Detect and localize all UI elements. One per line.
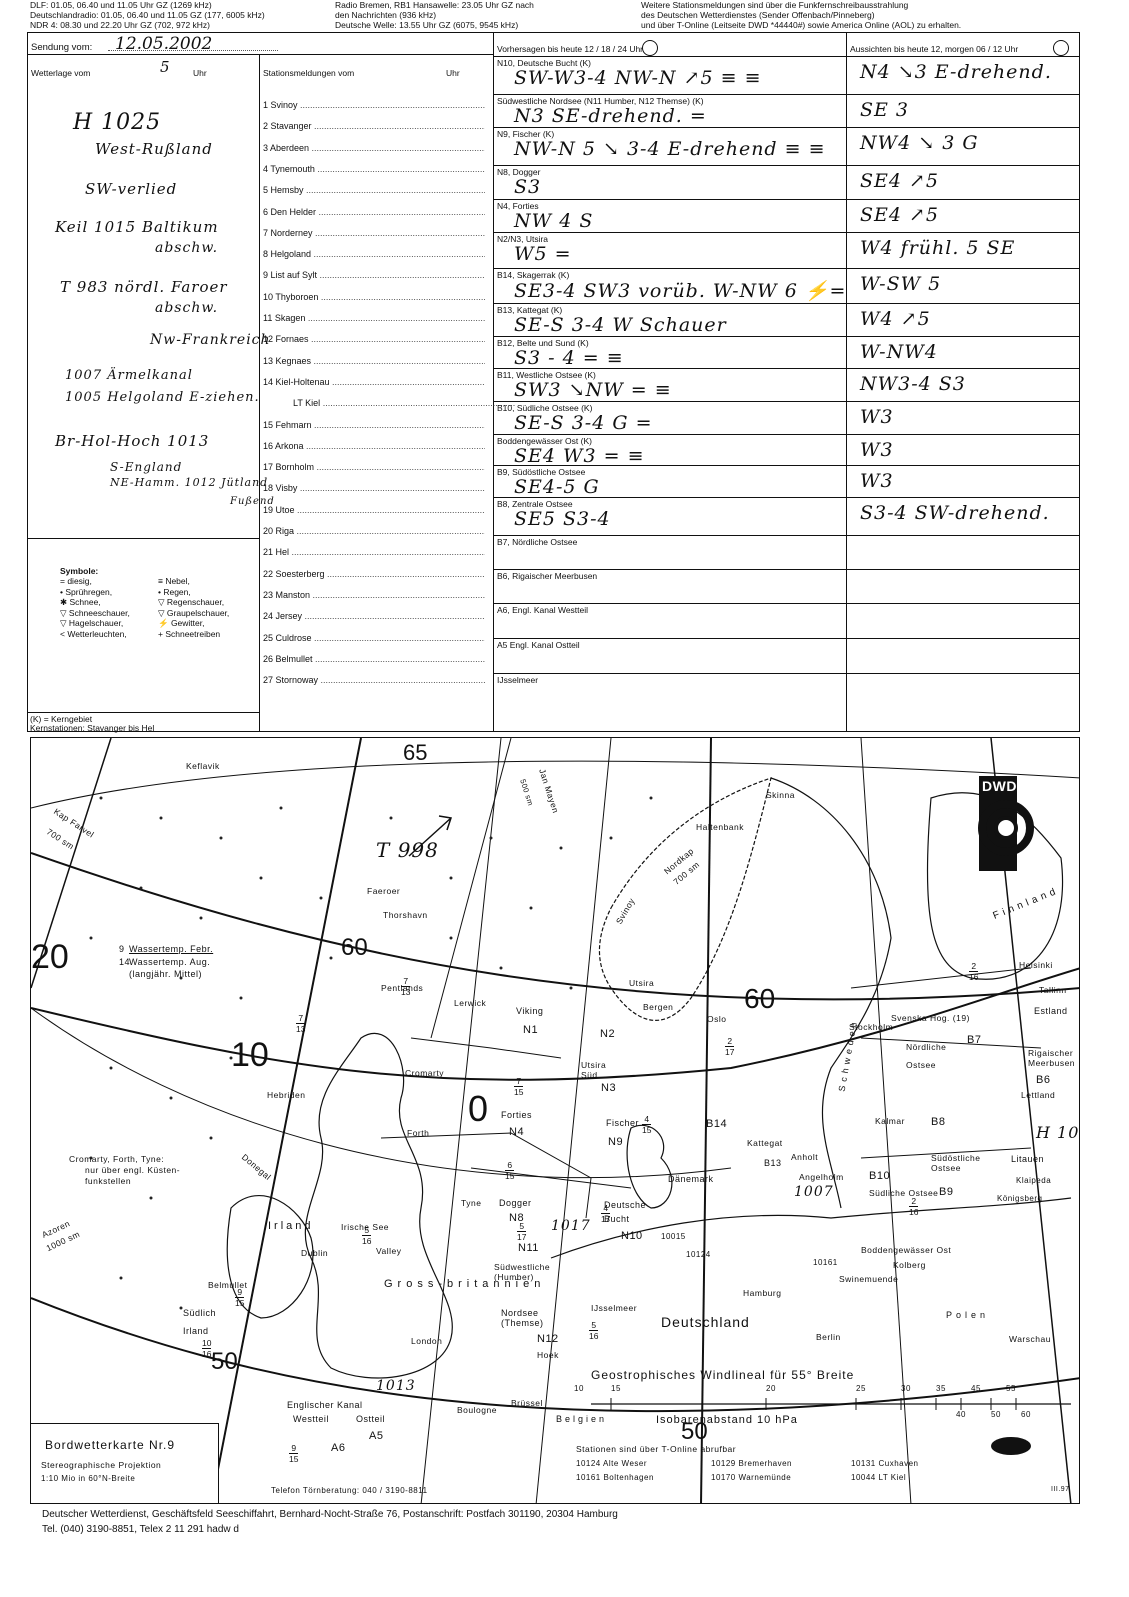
station-dotted-field[interactable]: ........................................…: [318, 292, 485, 302]
temp-feb: 5: [517, 1221, 526, 1232]
label-nordsee-themse: Nordsee (Themse): [501, 1308, 546, 1328]
temp-aug: 16: [202, 1349, 211, 1359]
lon-0-label: 0: [468, 1088, 488, 1130]
sea-area-outlook[interactable]: SE4 ↗5: [860, 204, 939, 226]
lon-10e-label: 60: [744, 983, 775, 1015]
temp-feb: 7: [514, 1076, 523, 1087]
temp-feb: 9: [289, 1443, 298, 1454]
station-name: 25 Culdrose: [263, 633, 312, 643]
sea-area-forecast[interactable]: SW-W3-4 NW-N ↗5 ≡ ≡: [514, 67, 762, 89]
sea-area-forecast[interactable]: S3: [514, 176, 541, 198]
symbol-item: = diesig,: [60, 576, 158, 587]
forecast-circled-time: [642, 40, 658, 56]
wind-ruler-tick-lower: 50: [991, 1410, 1001, 1419]
label-ijsselmeer: IJsselmeer: [591, 1303, 637, 1313]
symbol-item: ✱ Schnee,: [60, 597, 158, 608]
temp-aug: 16: [969, 972, 978, 982]
label-boddengewaesser: Boddengewässer Ost: [861, 1245, 951, 1255]
sea-area-forecast[interactable]: NW 4 S: [514, 210, 593, 232]
label-a5: A5: [369, 1430, 383, 1442]
sendung-label: Sendung vom:: [31, 42, 92, 53]
label-b14: B14: [706, 1118, 727, 1130]
station-row: 8 Helgoland ............................…: [263, 249, 485, 261]
station-dotted-field[interactable]: ........................................…: [298, 100, 485, 110]
symbol-item: ≡ Nebel,: [158, 576, 258, 587]
sea-area-forecast[interactable]: SE5 S3-4: [514, 508, 611, 530]
map-graticule: [31, 738, 1080, 1504]
station-dotted-field[interactable]: ........................................…: [312, 633, 485, 643]
label-svenska-hog: Svenska Hog. (19): [891, 1013, 970, 1023]
station-dotted-field[interactable]: ........................................…: [312, 121, 485, 131]
wetterlage-time: 5: [160, 58, 170, 76]
label-berlin: Berlin: [816, 1332, 841, 1342]
sea-area-row: B6, Rigaischer Meerbusen: [494, 570, 1079, 604]
station-row: 9 List auf Sylt ........................…: [263, 270, 485, 282]
label-englischer-kanal: Englischer Kanal: [287, 1400, 363, 1410]
station-dotted-field[interactable]: ........................................…: [311, 249, 485, 259]
map-projection: Stereographische Projektion: [41, 1460, 161, 1470]
wind-ruler-tick: 35: [936, 1384, 946, 1393]
footer-address: Deutscher Wetterdienst, Geschäftsfeld Se…: [42, 1509, 618, 1520]
note-line: 1005 Helgoland E-ziehen.: [65, 390, 260, 405]
station-row: 14 Kiel-Holtenau .......................…: [263, 377, 485, 389]
station-dotted-field[interactable]: ........................................…: [315, 164, 485, 174]
sea-area-row: Boddengewässer Ost (K)SE4 W3 = ≡W3: [494, 435, 1079, 466]
label-deutsche-bucht: Deutsche Bucht: [604, 1198, 664, 1226]
tonline-station: 10161 Boltenhagen: [576, 1473, 654, 1482]
sea-area-label: IJsselmeer: [497, 675, 538, 685]
sea-area-forecast[interactable]: SE4 W3 = ≡: [514, 445, 645, 467]
label-swinemuende: Swinemuende: [839, 1274, 898, 1284]
label-dogger: Dogger: [499, 1198, 532, 1208]
station-dotted-field[interactable]: ........................................…: [325, 569, 485, 579]
label-b6: B6: [1036, 1074, 1050, 1086]
station-row: 23 Manston .............................…: [263, 590, 485, 602]
station-dotted-field[interactable]: ........................................…: [320, 398, 515, 408]
station-dotted-field[interactable]: ........................................…: [302, 611, 485, 621]
broadcast-info-right: Weitere Stationsmeldungen sind über die …: [641, 0, 961, 30]
label-skinna: Skinna: [766, 790, 795, 800]
temp-feb: 5: [362, 1225, 371, 1236]
sea-area-row: N10, Deutsche Bucht (K)SW-W3-4 NW-N ↗5 ≡…: [494, 57, 1079, 95]
sea-area-outlook[interactable]: W-NW4: [860, 341, 938, 363]
annotation-1017: 1017: [551, 1218, 591, 1234]
label-b10: B10: [869, 1170, 890, 1182]
outlook-circled-time: [1053, 40, 1069, 56]
cromarty-note-line: nur über engl. Küsten-: [69, 1165, 180, 1176]
sea-area-row: A5 Engl. Kanal Ostteil: [494, 639, 1079, 674]
sea-area-row: IJsselmeer: [494, 674, 1079, 710]
note-line: 1007 Ärmelkanal: [65, 368, 193, 383]
water-temp-fraction: 615: [505, 1160, 514, 1181]
station-row: 7 Norderney ............................…: [263, 228, 485, 240]
sea-area-forecast[interactable]: W5 =: [514, 243, 572, 265]
stationsmeldungen-label: Stationsmeldungen vom: [263, 68, 354, 78]
label-tyne: Tyne: [461, 1198, 481, 1208]
label-n4: N4: [509, 1126, 524, 1138]
sea-area-outlook[interactable]: NW3-4 S3: [860, 373, 966, 395]
water-temp-fraction: 1016: [202, 1338, 211, 1359]
lat-60-label: 60: [341, 934, 368, 962]
wind-ruler-tick: 30: [901, 1384, 911, 1393]
note-line: West-Rußland: [95, 140, 213, 158]
cromarty-note: Cromarty, Forth, Tyne: nur über engl. Kü…: [69, 1154, 180, 1187]
label-westteil: Westteil: [293, 1414, 329, 1424]
symbols-legend: Symbole: = diesig,≡ Nebel,• Sprühregen,•…: [60, 566, 258, 639]
station-dotted-field[interactable]: ........................................…: [313, 228, 485, 238]
label-keflavik: Keflavik: [186, 761, 220, 771]
temp-aug: 15: [289, 1454, 298, 1464]
station-row: 25 Culdrose ............................…: [263, 633, 485, 645]
sea-area-row: N8, DoggerS3SE4 ↗5: [494, 166, 1079, 200]
temp-feb: 5: [589, 1320, 598, 1331]
sea-area-forecast[interactable]: SE4-5 G: [514, 476, 600, 498]
label-rigaischer: Rigaischer Meerbusen: [1028, 1048, 1078, 1068]
temp-aug: 16: [362, 1236, 371, 1246]
sea-area-row: A6, Engl. Kanal Westteil: [494, 604, 1079, 639]
sea-area-outlook[interactable]: W4 ↗5: [860, 308, 931, 330]
label-n1: N1: [523, 1024, 538, 1036]
label-station-10015: 10015: [661, 1232, 686, 1241]
sea-area-forecast[interactable]: S3 - 4 = ≡: [514, 347, 624, 369]
water-temp-fraction: 713: [401, 976, 410, 997]
wetterlage-uhr: Uhr: [193, 68, 207, 78]
station-name: 27 Stornoway: [263, 675, 318, 685]
station-row: 20 Riga ................................…: [263, 526, 485, 538]
temp-feb: 10: [202, 1338, 211, 1349]
symbol-item: • Sprühregen,: [60, 587, 158, 598]
station-name: 4 Tynemouth: [263, 164, 315, 174]
note-line: SW-verlied: [85, 180, 177, 198]
sea-area-label: B6, Rigaischer Meerbusen: [497, 571, 597, 581]
label-valley: Valley: [376, 1246, 402, 1256]
station-row: 1 Svinoy ...............................…: [263, 100, 485, 112]
info-stationsmeldungen: Weitere Stationsmeldungen sind über die …: [641, 0, 961, 10]
info-t-online: und über T-Online (Leitseite DWD *44440#…: [641, 20, 961, 30]
sea-area-outlook[interactable]: N4 ↘3 E-drehend.: [860, 61, 1052, 83]
note-line: abschw.: [155, 240, 218, 256]
label-b8: B8: [931, 1116, 945, 1128]
station-row: 17 Bornholm ............................…: [263, 462, 485, 474]
label-kalmar: Kalmar: [875, 1116, 905, 1126]
sea-area-forecast[interactable]: SE3-4 SW3 vorüb. W-NW 6 ⚡=: [514, 279, 846, 302]
station-dotted-field[interactable]: ........................................…: [309, 143, 485, 153]
label-bruessel: Brüssel: [511, 1398, 543, 1408]
water-temp-febr-value: 9: [119, 944, 125, 954]
label-n3: N3: [601, 1082, 616, 1094]
station-row: 26 Belmullet ...........................…: [263, 654, 485, 666]
stationsmeldungen-uhr: Uhr: [446, 68, 460, 78]
label-b7: B7: [967, 1034, 981, 1046]
temp-feb: 7: [401, 976, 410, 987]
station-name: 10 Thyboroen: [263, 292, 318, 302]
symbol-item: < Wetterleuchten,: [60, 629, 158, 640]
water-temp-fraction: 713: [296, 1013, 305, 1034]
symbol-item: ▽ Schneeschauer,: [60, 608, 158, 619]
temp-aug: 17: [601, 1214, 610, 1224]
sea-area-outlook[interactable]: NW4 ↘ 3 G: [860, 132, 979, 154]
cromarty-note-line: Cromarty, Forth, Tyne:: [69, 1154, 180, 1165]
sea-area-row: N4, FortiesNW 4 SSE4 ↗5: [494, 200, 1079, 233]
label-forth: Forth: [407, 1128, 429, 1138]
station-name: 16 Arkona: [263, 441, 304, 451]
wind-ruler-tick: 10: [574, 1384, 584, 1393]
label-dublin: Dublin: [301, 1248, 328, 1258]
stations-note: Stationen sind über T-Online abrufbar: [576, 1444, 736, 1454]
label-n2: N2: [600, 1028, 615, 1040]
label-daenemark: Dänemark: [668, 1174, 714, 1184]
label-thorshavn: Thorshavn: [383, 910, 428, 920]
station-name: 2 Stavanger: [263, 121, 312, 131]
label-hamburg: Hamburg: [743, 1288, 781, 1298]
station-dotted-field[interactable]: ........................................…: [314, 462, 485, 472]
label-deutschland: Deutschland: [661, 1314, 750, 1330]
symbols-title: Symbole:: [60, 566, 258, 576]
sea-area-outlook[interactable]: S3-4 SW-drehend.: [860, 502, 1050, 524]
label-london: London: [411, 1336, 442, 1346]
station-name: 1 Svinoy: [263, 100, 298, 110]
station-dotted-field[interactable]: ........................................…: [304, 185, 485, 195]
station-name: 26 Belmullet: [263, 654, 313, 664]
sea-area-forecast[interactable]: N3 SE-drehend. =: [514, 105, 707, 127]
annotation-low-998: T 998: [376, 838, 439, 862]
station-name: 14 Kiel-Holtenau: [263, 377, 330, 387]
label-utsira-sued: Utsira Süd: [581, 1060, 621, 1080]
label-warschau: Warschau: [1009, 1334, 1051, 1344]
sea-area-row: B7, Nördliche Ostsee: [494, 536, 1079, 570]
label-stockholm: Stockholm: [849, 1022, 893, 1032]
label-haltenbank: Haltenbank: [696, 822, 744, 832]
station-name: 23 Manston: [263, 590, 310, 600]
station-row: 2 Stavanger ............................…: [263, 121, 485, 133]
sea-area-row: Südwestliche Nordsee (N11 Humber, N12 Th…: [494, 95, 1079, 128]
label-suedlich-irland: Südlich Irland: [183, 1304, 233, 1340]
station-row: 16 Arkona ..............................…: [263, 441, 485, 453]
station-dotted-field[interactable]: ........................................…: [297, 483, 485, 493]
symbols-grid: = diesig,≡ Nebel,• Sprühregen,• Regen,✱ …: [60, 576, 258, 639]
station-dotted-field[interactable]: ........................................…: [295, 505, 485, 515]
station-dotted-field[interactable]: ........................................…: [312, 420, 485, 430]
sea-area-label: B7, Nördliche Ostsee: [497, 537, 577, 547]
temp-aug: 15: [235, 1298, 244, 1308]
label-hoek: Hoek: [537, 1350, 559, 1360]
station-row: 4 Tynemouth ............................…: [263, 164, 485, 176]
station-dotted-field[interactable]: ........................................…: [305, 313, 485, 323]
label-lerwick: Lerwick: [454, 998, 486, 1008]
label-klaipeda: Klaipeda: [1016, 1176, 1051, 1185]
isobar-note: Isobarenabstand 10 hPa: [656, 1414, 798, 1426]
water-temp-fraction: 517: [517, 1221, 526, 1242]
label-ostteil: Ostteil: [356, 1414, 385, 1424]
water-temp-fraction: 915: [235, 1287, 244, 1308]
station-dotted-field[interactable]: ........................................…: [318, 675, 485, 685]
forecast-header: Vorhersagen bis heute 12 / 18 / 24 Uhr: [497, 44, 643, 54]
symbol-item: ▽ Regenschauer,: [158, 597, 258, 608]
broadcast-deutschlandradio: Deutschlandradio: 01.05, 06.40 und 11.05…: [30, 10, 265, 20]
annotation-high-1025: H 1025: [1036, 1123, 1080, 1142]
temp-aug: 16: [589, 1331, 598, 1341]
station-name: 8 Helgoland: [263, 249, 311, 259]
station-name: 11 Skagen: [263, 313, 305, 323]
sea-area-row: B12, Belte und Sund (K)S3 - 4 = ≡W-NW4: [494, 337, 1079, 369]
station-dotted-field[interactable]: ........................................…: [310, 590, 485, 600]
symbol-item: ▽ Hagelschauer,: [60, 618, 158, 629]
temp-aug: 17: [517, 1232, 526, 1242]
water-temp-fraction: 217: [725, 1036, 734, 1057]
station-row: 15 Fehmarn .............................…: [263, 420, 485, 432]
sea-area-row: B13, Kattegat (K)SE-S 3-4 W SchauerW4 ↗5: [494, 304, 1079, 337]
sea-area-row: B11, Westliche Ostsee (K)SW3 ↘NW = ≡NW3-…: [494, 369, 1079, 402]
sea-area-forecast[interactable]: SE-S 3-4 W Schauer: [514, 314, 727, 336]
station-name: 18 Visby: [263, 483, 297, 493]
sea-area-row: N9, Fischer (K)NW-N 5 ↘ 3-4 E-drehend ≡ …: [494, 128, 1079, 166]
sea-area-outlook[interactable]: W-SW 5: [860, 273, 941, 295]
tonline-station: 10129 Bremerhaven: [711, 1459, 792, 1468]
station-name: LT Kiel: [293, 398, 320, 408]
station-dotted-field[interactable]: ........................................…: [311, 356, 485, 366]
kern-footnote: Kernstationen: Stavanger bis Hel: [30, 723, 154, 733]
station-dotted-field[interactable]: ........................................…: [316, 207, 485, 217]
broadcast-info-left: DLF: 01.05, 06.40 und 11.05 Uhr GZ (1269…: [30, 0, 265, 30]
temp-feb: 2: [909, 1196, 918, 1207]
water-temp-fraction: 715: [514, 1076, 523, 1097]
sea-area-outlook[interactable]: SE4 ↗5: [860, 170, 939, 192]
sea-area-row: B10, Südliche Ostsee (K)SE-S 3-4 G =W3: [494, 402, 1079, 435]
symbol-item: + Schneetreiben: [158, 629, 258, 640]
temp-aug: 17: [725, 1047, 734, 1057]
label-angelholm: Angelholm: [799, 1172, 844, 1182]
label-polen: Polen: [946, 1310, 989, 1320]
label-n11: N11: [518, 1242, 539, 1254]
temp-aug: 13: [401, 987, 410, 997]
wind-ruler-tick-lower: 60: [1021, 1410, 1031, 1419]
station-dotted-field[interactable]: ........................................…: [330, 377, 485, 387]
station-name: 19 Utoe: [263, 505, 295, 515]
water-temp-fraction: 417: [601, 1203, 610, 1224]
wind-ruler-tick: 55: [1006, 1384, 1016, 1393]
label-n12: N12: [537, 1333, 559, 1345]
sea-area-row: B14, Skagerrak (K)SE3-4 SW3 vorüb. W-NW …: [494, 269, 1079, 304]
water-temp-fraction: 915: [289, 1443, 298, 1464]
station-dotted-field[interactable]: ........................................…: [309, 334, 485, 344]
tonline-station: 10131 Cuxhaven: [851, 1459, 919, 1468]
label-faeroer: Faeroer: [367, 886, 400, 896]
label-n10: N10: [621, 1230, 643, 1242]
station-dotted-field[interactable]: ........................................…: [313, 654, 485, 664]
temp-feb: 6: [505, 1160, 514, 1171]
station-name: 20 Riga: [263, 526, 294, 536]
temp-feb: 2: [725, 1036, 734, 1047]
station-row: 18 Visby ...............................…: [263, 483, 485, 495]
symbol-item: • Regen,: [158, 587, 258, 598]
temp-feb: 4: [642, 1114, 651, 1125]
annotation-1007: 1007: [794, 1184, 834, 1200]
station-row: 24 Jersey ..............................…: [263, 611, 485, 623]
weather-map: DWD 65 60 50 50 20 10 0 60 9 14 Wasserte…: [30, 737, 1080, 1504]
sea-area-forecast[interactable]: NW-N 5 ↘ 3-4 E-drehend ≡ ≡: [514, 138, 826, 160]
station-dotted-field[interactable]: ........................................…: [304, 441, 485, 451]
label-noerdliche-ostsee: Nördliche Ostsee: [906, 1038, 966, 1074]
water-temp-fraction: 415: [642, 1114, 651, 1135]
label-anholt: Anholt: [791, 1152, 818, 1162]
temp-feb: 4: [601, 1203, 610, 1214]
note-line: T 983 nördl. Faroer: [60, 278, 228, 296]
label-kolberg: Kolberg: [893, 1260, 926, 1270]
sea-area-outlook[interactable]: W4 frühl. 5 SE: [860, 237, 1015, 259]
label-koenigsberg: Königsberg: [997, 1194, 1042, 1203]
wind-ruler-tick: 15: [611, 1384, 621, 1393]
station-row: 5 Hemsby ...............................…: [263, 185, 485, 197]
sea-area-row: N2/N3, UtsiraW5 =W4 frühl. 5 SE: [494, 233, 1079, 269]
station-name: 5 Hemsby: [263, 185, 304, 195]
divider-symbols-top: [27, 538, 260, 539]
label-utsira: Utsira: [629, 978, 654, 988]
label-kattegat: Kattegat: [747, 1138, 783, 1148]
sea-area-label: A6, Engl. Kanal Westteil: [497, 605, 588, 615]
sea-area-outlook[interactable]: SE 3: [860, 99, 909, 121]
note-line: H 1025: [73, 110, 161, 135]
label-b13: B13: [764, 1158, 782, 1168]
dwd-logo: DWD: [982, 778, 1017, 794]
lat-65-label: 65: [403, 740, 427, 766]
broadcast-radio-bremen: Radio Bremen, RB1 Hansawelle: 23.05 Uhr …: [335, 0, 534, 10]
broadcast-dlf: DLF: 01.05, 06.40 und 11.05 Uhr GZ (1269…: [30, 0, 265, 10]
wind-ruler-tick: 25: [856, 1384, 866, 1393]
broadcast-deutsche-welle: Deutsche Welle: 13.55 Uhr GZ (6075, 9545…: [335, 20, 534, 30]
temp-aug: 15: [514, 1087, 523, 1097]
water-temp-fraction: 516: [362, 1225, 371, 1246]
cromarty-note-line: funkstellen: [69, 1176, 180, 1187]
temp-feb: 7: [296, 1013, 305, 1024]
divider-sendung: [27, 54, 494, 55]
label-hebriden: Hebriden: [267, 1090, 306, 1100]
station-name: 12 Fornaes: [263, 334, 309, 344]
station-name: 9 List auf Sylt: [263, 270, 317, 280]
symbol-item: ▽ Graupelschauer,: [158, 608, 258, 619]
sea-area-forecast[interactable]: SW3 ↘NW = ≡: [514, 379, 672, 401]
station-name: 17 Bornholm: [263, 462, 314, 472]
sea-area-outlook[interactable]: W3: [860, 439, 894, 461]
temp-aug: 15: [642, 1125, 651, 1135]
station-name: 3 Aberdeen: [263, 143, 309, 153]
label-humber: Südwestliche (Humber): [494, 1262, 554, 1282]
map-code: III.97: [1051, 1486, 1070, 1493]
station-row: 3 Aberdeen .............................…: [263, 143, 485, 155]
station-name: 13 Kegnaes: [263, 356, 311, 366]
note-line: Keil 1015 Baltikum: [55, 218, 219, 236]
station-dotted-field[interactable]: ........................................…: [294, 526, 485, 536]
station-dotted-field[interactable]: ........................................…: [317, 270, 485, 280]
sea-area-forecast[interactable]: SE-S 3-4 G =: [514, 412, 653, 434]
temp-aug: 13: [296, 1024, 305, 1034]
sea-area-outlook[interactable]: W3: [860, 406, 894, 428]
station-row: LT Kiel ................................…: [263, 398, 515, 410]
wind-ruler-tick: 45: [971, 1384, 981, 1393]
lat-50-label: 50: [211, 1348, 238, 1376]
map-title: Bordwetterkarte Nr.9: [45, 1438, 175, 1452]
outlook-header: Aussichten bis heute 12, morgen 06 / 12 …: [850, 44, 1018, 54]
station-dotted-field[interactable]: ........................................…: [289, 547, 485, 557]
sea-area-outlook[interactable]: W3: [860, 470, 894, 492]
label-bergen: Bergen: [643, 1002, 673, 1012]
label-boulogne: Boulogne: [457, 1405, 497, 1415]
station-row: 13 Kegnaes .............................…: [263, 356, 485, 368]
label-estland: Estland: [1034, 1006, 1068, 1016]
station-name: 22 Soesterberg: [263, 569, 325, 579]
sea-area-row: B9, Südöstliche OstseeSE4-5 GW3: [494, 466, 1079, 498]
label-a6: A6: [331, 1442, 345, 1454]
station-row: 21 Hel .................................…: [263, 547, 485, 559]
